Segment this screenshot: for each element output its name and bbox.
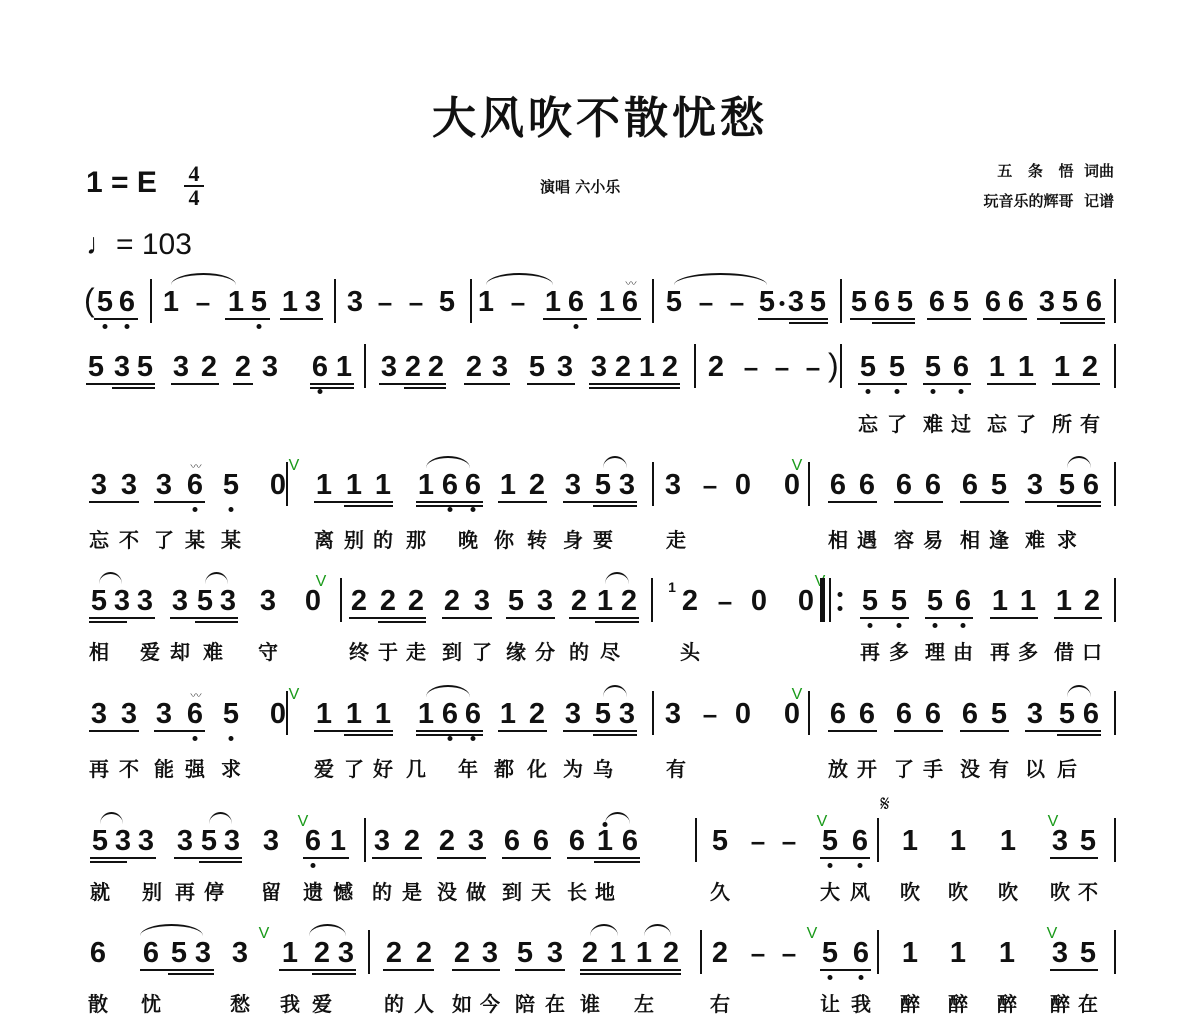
note-5: 5 [201,826,217,856]
note-3: 3 [591,352,607,382]
note-1: 1 [639,352,655,382]
lyric-char: 尽 [600,636,620,665]
note-3: 3 [195,938,211,968]
beam-underline [1054,617,1102,619]
beam-underline [442,617,492,619]
note-2: 2 [621,586,637,616]
beam-underline [90,861,127,863]
lyric-char: 遗 [303,876,323,905]
note-1: 1 [418,699,434,729]
breath-mark-icon: V [316,574,327,590]
slur-arc [644,924,671,936]
note-5: 5 [508,586,524,616]
lyric-char: 右 [710,988,730,1017]
slur-arc [309,924,346,936]
beam-underline [593,505,637,507]
lyric-char: 身 [563,524,583,553]
low-octave-dot [859,975,864,980]
note-5: 5 [925,352,941,382]
note-1: 1 [989,352,1005,382]
mordent-icon: 〰 [191,687,200,703]
lyric-char: 强 [185,753,205,782]
note-3: 3 [1052,938,1068,968]
note-5: 5 [991,699,1007,729]
breath-mark-icon: V [289,687,300,703]
beam-underline [990,617,1038,619]
beam-underline [527,383,575,385]
lyric-char: 吹 [998,876,1018,905]
lyric-char: 过 [951,408,971,437]
lyric-char: 了 [154,524,174,553]
bar-line [1114,344,1116,388]
breath-mark-icon: V [807,926,818,942]
note-3: 3 [121,699,137,729]
lyric-char: 相 [828,524,848,553]
bar-line [877,818,879,862]
low-octave-dot [897,623,902,628]
bar-line [368,930,370,974]
beam-underline [171,383,219,385]
low-octave-dot [574,324,579,329]
note-6: 6 [955,586,971,616]
note-6: 6 [1008,287,1024,317]
beam-underline [498,501,547,503]
note-6: 6 [187,699,203,729]
beam-underline [280,318,323,320]
note-6: 6 [119,287,135,317]
note-2: 2 [408,586,424,616]
low-octave-dot [229,507,234,512]
note-1: 1 [599,287,615,317]
beam-underline [594,861,640,863]
slur-arc [605,812,630,824]
close-paren: ) [828,350,839,380]
beam-underline [378,621,426,623]
sustain-dash: – [782,826,796,856]
lyric-char: 口 [1082,636,1102,665]
note-5: 5 [891,586,907,616]
beam-underline [170,617,238,619]
lyricist-composer-credit: 五 条 悟 词曲 [997,160,1114,181]
note-0: 0 [735,470,751,500]
lyric-char: 多 [889,636,909,665]
beam-underline [404,387,446,389]
note-1: 1 [346,699,362,729]
note-1: 1 [1054,352,1070,382]
quarter-note-icon: ♩ [86,228,116,261]
note-3: 3 [347,287,363,317]
lyric-char: 不 [119,753,139,782]
lyric-char: 的 [569,636,589,665]
beam-underline [828,501,877,503]
lyric-char: 做 [466,876,486,905]
beam-underline [1050,857,1098,859]
note-3: 3 [1027,699,1043,729]
low-octave-dot [471,736,476,741]
note-6: 6 [1086,287,1102,317]
lyric-char: 逢 [989,524,1009,553]
note-2: 2 [571,586,587,616]
lyric-char: 我 [851,988,871,1017]
beam-underline [89,501,139,503]
note-3: 3 [220,586,236,616]
lyric-char: 我 [280,988,300,1017]
lyric-char: 别 [142,876,162,905]
beam-underline [195,621,238,623]
lyric-char: 大 [820,876,840,905]
beam-underline [310,383,354,385]
note-2: 2 [615,352,631,382]
low-octave-dot [471,507,476,512]
bar-line [1114,691,1116,735]
note-1: 1 [597,586,613,616]
note-5: 5 [97,287,113,317]
lyric-char: 于 [378,636,398,665]
beam-underline [379,383,446,385]
note-5: 5 [991,470,1007,500]
slur-arc [590,924,618,936]
lyric-char: 憾 [333,876,353,905]
note-5: 5 [1059,470,1075,500]
note-1: 1 [336,352,352,382]
beam-underline [225,318,270,320]
lyric-char: 理 [925,636,945,665]
lyric-char: 到 [502,876,522,905]
note-6: 6 [874,287,890,317]
note-3: 3 [156,699,172,729]
lyric-char: 遇 [857,524,877,553]
beam-underline [89,730,139,732]
note-3: 3 [114,586,130,616]
beam-underline [580,973,681,975]
note-1: 1 [282,938,298,968]
lyric-char: 某 [185,524,205,553]
lyric-char: 了 [894,753,914,782]
beam-underline [1025,501,1101,503]
lyric-char: 由 [953,636,973,665]
note-3: 3 [305,287,321,317]
beam-underline [416,730,483,732]
bar-line [652,462,654,506]
beam-underline [279,969,356,971]
low-octave-dot [961,623,966,628]
note-1: 1 [610,938,626,968]
note-2: 2 [416,938,432,968]
note-6: 6 [896,699,912,729]
note-3: 3 [232,938,248,968]
bar-line [364,818,366,862]
note-5: 5 [91,586,107,616]
note-1: 1 [636,938,652,968]
bar-line [840,344,842,388]
lyric-char: 吹 [948,876,968,905]
note-2: 2 [314,938,330,968]
singer-credit: 演唱 六小乐 [540,176,620,197]
beam-underline [89,617,155,619]
note-5: 5 [953,287,969,317]
note-3: 3 [114,352,130,382]
beam-underline [199,861,242,863]
note-2: 2 [454,938,470,968]
low-octave-dot [866,389,871,394]
slur-arc [1067,685,1091,697]
note-2: 2 [380,586,396,616]
note-3: 3 [374,826,390,856]
dotted-rhythm [780,301,785,306]
beam-underline [383,969,434,971]
lyric-char: 的 [373,524,393,553]
sustain-dash: – [751,938,765,968]
beam-underline [858,383,907,385]
note-2: 2 [386,938,402,968]
beam-underline [349,617,426,619]
bar-line [840,279,842,323]
note-3: 3 [156,470,172,500]
lyric-char: 那 [406,524,426,553]
low-octave-dot [828,975,833,980]
note-3: 3 [537,586,553,616]
sustain-dash: – [806,352,820,382]
beam-underline [1060,322,1105,324]
beam-underline [452,969,500,971]
beam-underline [416,501,483,503]
note-2: 2 [1084,586,1100,616]
note-5: 5 [595,470,611,500]
lyric-char: 放 [828,753,848,782]
low-octave-dot [895,389,900,394]
note-5: 5 [810,287,826,317]
lyric-char: 醉 [948,988,968,1017]
slur-arc [426,456,470,468]
note-5: 5 [439,287,455,317]
note-3: 3 [177,826,193,856]
lyric-char: 人 [414,988,434,1017]
slur-arc [1067,456,1091,468]
note-6: 6 [985,287,1001,317]
lyric-char: 相 [89,636,109,665]
note-1: 1 [1000,826,1016,856]
bar-line [1114,578,1116,622]
lyric-char: 分 [535,636,555,665]
beam-underline [820,857,870,859]
note-3: 3 [1027,470,1043,500]
bar-line [340,578,342,622]
beam-underline [314,730,393,732]
lyric-char: 缘 [506,636,526,665]
lyric-char: 就 [90,876,110,905]
note-3: 3 [260,586,276,616]
lyric-char: 你 [494,524,514,553]
slur-arc [674,273,767,285]
lyric-char: 爱 [312,988,332,1017]
note-5: 5 [1059,699,1075,729]
note-5: 5 [1080,938,1096,968]
note-1: 1 [228,287,244,317]
lyric-char: 难 [923,408,943,437]
sustain-dash: – [751,826,765,856]
beam-underline [789,322,828,324]
repeat-bar-thin [829,578,831,622]
lyric-char: 不 [1078,876,1098,905]
beam-underline [90,857,156,859]
beam-underline [543,318,587,320]
note-6: 6 [925,470,941,500]
note-5: 5 [88,352,104,382]
beam-underline [174,857,242,859]
beam-underline [960,730,1009,732]
low-octave-dot [103,324,108,329]
lyric-char: 的 [372,876,392,905]
low-octave-dot [229,736,234,741]
lyric-char: 长 [567,876,587,905]
note-0: 0 [784,699,800,729]
beam-underline [589,387,680,389]
lyric-char: 忘 [858,408,878,437]
lyric-char: 能 [154,753,174,782]
lyric-char: 走 [666,524,686,553]
note-2: 2 [1082,352,1098,382]
note-1: 1 [375,699,391,729]
note-3: 3 [565,470,581,500]
lyric-char: 离 [314,524,334,553]
note-1: 1 [1018,352,1034,382]
beam-underline [828,730,877,732]
note-0: 0 [305,586,321,616]
note-3: 3 [468,826,484,856]
bar-line [877,930,879,974]
note-1: 1 [999,938,1015,968]
lyric-char: 谁 [580,988,600,1017]
beam-underline [112,387,155,389]
lyric-char: 了 [344,753,364,782]
note-6: 6 [187,470,203,500]
note-3: 3 [263,826,279,856]
beam-underline [416,734,483,736]
note-3: 3 [137,586,153,616]
note-0: 0 [798,586,814,616]
beam-underline [416,505,483,507]
note-3: 3 [619,470,635,500]
note-1: 1 [163,287,179,317]
low-octave-dot [257,324,262,329]
sustain-dash: – [744,352,758,382]
note-6: 6 [830,699,846,729]
lyric-char: 忘 [987,408,1007,437]
note-3: 3 [224,826,240,856]
note-6: 6 [622,287,638,317]
note-1: 1 [1056,586,1072,616]
volta-1: 1 [668,572,676,602]
note-0: 0 [784,470,800,500]
lyric-char: 易 [923,524,943,553]
slur-arc [99,572,122,584]
note-3: 3 [173,352,189,382]
note-6: 6 [962,699,978,729]
lyric-char: 守 [258,636,278,665]
lyric-char: 醉 [900,988,920,1017]
note-1: 1 [950,826,966,856]
lyric-char: 愁 [230,988,250,1017]
final-bar-thick [820,578,825,622]
beam-underline [89,621,127,623]
note-2: 2 [682,586,698,616]
bar-line [334,279,336,323]
beam-underline [154,730,205,732]
beam-underline [233,383,253,385]
note-2: 2 [529,699,545,729]
beam-underline [154,501,205,503]
low-octave-dot [448,507,453,512]
note-3: 3 [492,352,508,382]
note-3: 3 [1039,287,1055,317]
note-6: 6 [143,938,159,968]
note-6: 6 [953,352,969,382]
low-octave-dot [125,324,130,329]
open-paren: ( [84,285,95,315]
note-6: 6 [859,699,875,729]
breath-mark-icon: V [1048,814,1059,830]
beam-underline [923,383,971,385]
note-2: 2 [466,352,482,382]
lyric-char: 忧 [141,988,161,1017]
beam-underline [1050,969,1098,971]
note-3: 3 [115,826,131,856]
note-3: 3 [262,352,278,382]
note-6: 6 [442,470,458,500]
note-1: 1 [478,287,494,317]
beam-underline [894,730,943,732]
lyric-char: 开 [857,753,877,782]
lyric-char: 今 [480,988,500,1017]
note-2: 2 [439,826,455,856]
note-0: 0 [270,699,286,729]
segno-icon: 𝄋 [880,792,889,817]
note-6: 6 [929,287,945,317]
note-2: 2 [428,352,444,382]
note-5: 5 [171,938,187,968]
lyric-char: 爱 [140,636,160,665]
bar-line [1114,930,1116,974]
beam-underline [498,730,547,732]
time-sig-bottom: 4 [183,187,205,209]
tempo-value: = 103 [116,228,192,261]
slur-arc [486,273,553,285]
note-5: 5 [1062,287,1078,317]
bar-line [695,818,697,862]
low-octave-dot [868,623,873,628]
beam-underline [820,969,871,971]
bar-line [1114,462,1116,506]
sustain-dash: – [378,287,392,317]
bar-line [1114,279,1116,323]
beam-underline [1025,730,1101,732]
beam-underline [894,501,943,503]
note-5: 5 [862,586,878,616]
low-octave-dot [858,863,863,868]
lyric-char: 吹 [1050,876,1070,905]
breath-mark-icon: V [792,458,803,474]
slur-arc [603,456,627,468]
lyric-char: 不 [119,524,139,553]
beam-underline [758,318,828,320]
sustain-dash: – [409,287,423,317]
note-3: 3 [547,938,563,968]
lyric-char: 化 [527,753,547,782]
note-5: 5 [223,470,239,500]
sustain-dash: – [782,938,796,968]
beam-underline [1057,734,1101,736]
bar-line [470,279,472,323]
